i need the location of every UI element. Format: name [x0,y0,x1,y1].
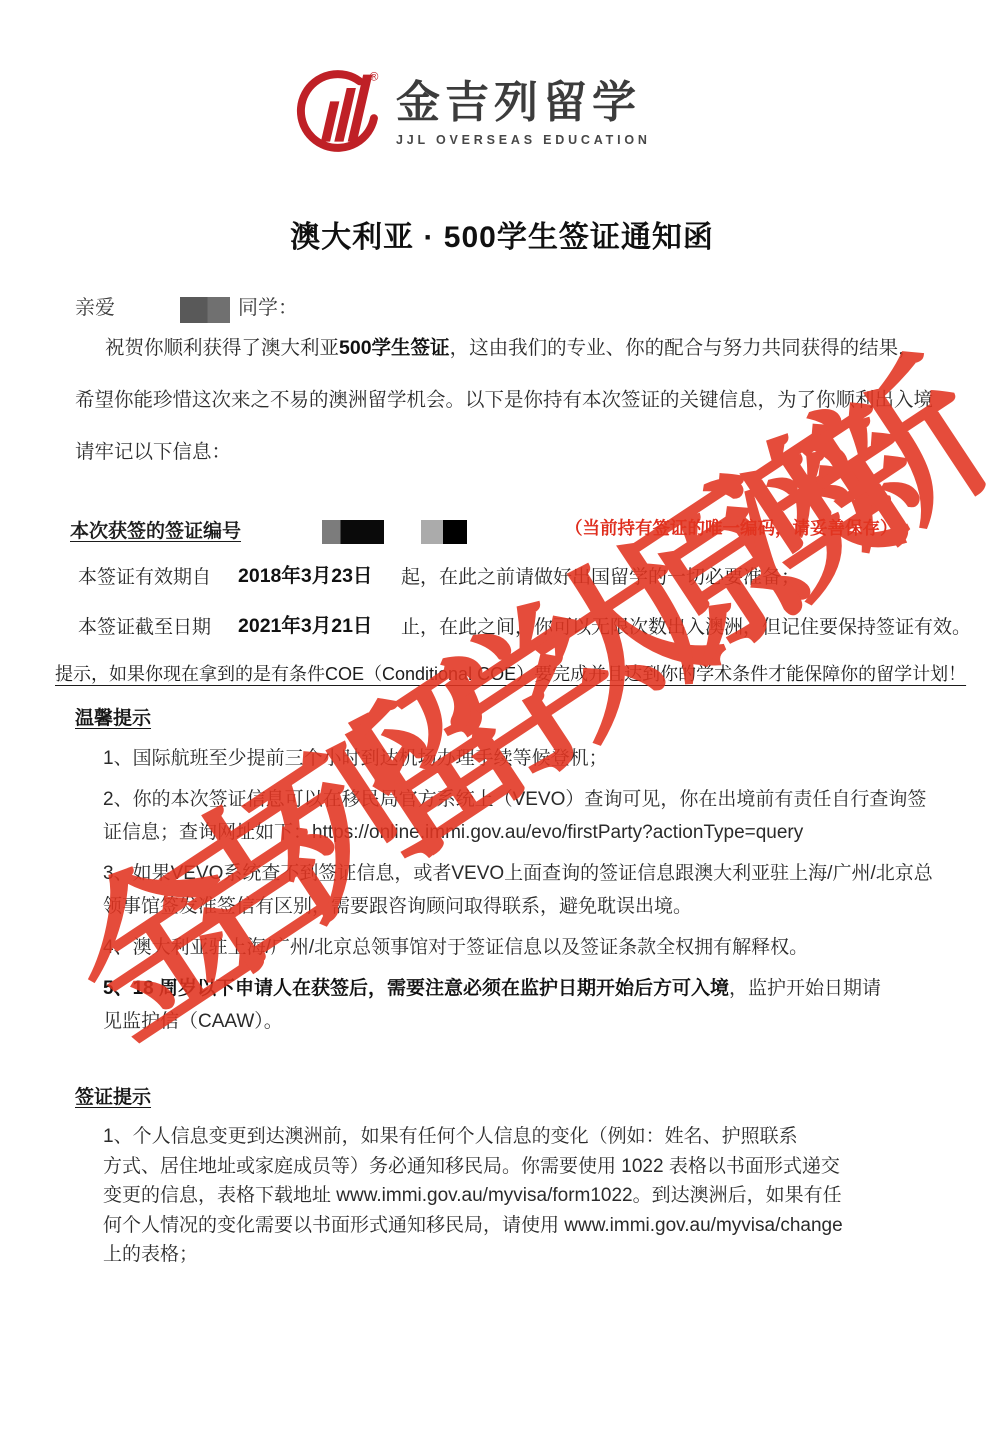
text-line: 上的表格； [103,1240,933,1270]
validity-text: 起，在此之前请做好出国留学的一切必要准备； [401,562,800,589]
text-line: 方式、居住地址或家庭成员等）务必通知移民局。你需要使用 1022 表格以书面形式… [103,1152,933,1182]
text-line: 领事馆签发准签信有区别，需要跟咨询顾问取得联系，避免耽误出境。 [103,890,933,923]
visa-notice-letter: ® 金吉列留学 JJL OVERSEAS EDUCATION 澳大利亚 · 50… [0,0,1004,1430]
visa-number-note: （当前持有签证的唯一编码，请妥善保存） [565,515,898,540]
text-line: 请牢记以下信息： [75,440,920,464]
text-line: 5、18 周岁以下申请人在获签后，需要注意必须在监护日期开始后方可入境，监护开始… [103,972,933,1005]
greeting-suffix: 同学： [238,291,298,320]
text-line: 1、个人信息变更到达澳洲前，如果有任何个人信息的变化（例如：姓名、护照联系 [103,1122,933,1152]
validity-label: 本签证有效期自 [78,562,211,589]
text-line: 见监护信（CAAW）。 [103,1005,933,1038]
text-line: 3、如果VEVO系统查不到签证信息，或者VEVO上面查询的签证信息跟澳大利亚驻上… [103,857,933,890]
expiry-label: 本签证截至日期 [78,612,211,639]
expiry-text: 止，在此之间，你可以无限次数出入澳洲，但记住要保持签证有效。 [401,612,971,639]
intro-paragraph: 祝贺你顺利获得了澳大利亚500学生签证，这由我们的专业、你的配合与努力共同获得的… [75,336,920,492]
conditional-coe-note: 提示，如果你现在拿到的是有条件COE（Conditional COE）要完成并且… [55,660,966,686]
greeting-prefix: 亲爱 [75,291,115,320]
text-line: 变更的信息，表格下载地址 www.immi.gov.au/myvisa/form… [103,1181,933,1211]
text-line: 1、国际航班至少提前三个小时到达机场办理手续等候登机； [103,742,933,775]
warm-tips-heading: 温馨提示 [75,703,151,730]
jjl-logo: ® 金吉列留学 JJL OVERSEAS EDUCATION [296,64,651,164]
text-line: 4、澳大利亚驻上海/广州/北京总领事馆对于签证信息以及签证条款全权拥有解释权。 [103,931,933,964]
expiry-date: 2021年3月21日 [238,610,372,638]
warm-tip-item-3: 3、如果VEVO系统查不到签证信息，或者VEVO上面查询的签证信息跟澳大利亚驻上… [103,857,933,923]
warm-tip-item-1: 1、国际航班至少提前三个小时到达机场办理手续等候登机； [103,742,933,775]
visa-number-redaction-2 [421,520,467,544]
brand-name-en: JJL OVERSEAS EDUCATION [396,133,651,147]
visa-tip-item-1: 1、个人信息变更到达澳洲前，如果有任何个人信息的变化（例如：姓名、护照联系方式、… [103,1122,933,1270]
letter-title: 澳大利亚 · 500学生签证通知函 [0,212,1004,256]
warm-tips-list: 1、国际航班至少提前三个小时到达机场办理手续等候登机； 2、你的本次签证信息可以… [103,742,933,1046]
text-line: 希望你能珍惜这次来之不易的澳洲留学机会。以下是你持有本次签证的关键信息，为了你顺… [75,388,920,412]
logo-text: 金吉列留学 JJL OVERSEAS EDUCATION [396,64,651,147]
warm-tip-item-4: 4、澳大利亚驻上海/广州/北京总领事馆对于签证信息以及签证条款全权拥有解释权。 [103,931,933,964]
text-line: 证信息；查询网址如下：https://online.immi.gov.au/ev… [103,816,933,849]
visa-number-label: 本次获签的签证编号 [70,516,241,543]
jjl-logo-mark-icon: ® [296,64,384,164]
validity-date: 2018年3月23日 [238,560,372,588]
visa-tips-list: 1、个人信息变更到达澳洲前，如果有任何个人信息的变化（例如：姓名、护照联系方式、… [103,1122,933,1278]
student-name-redaction [180,297,230,323]
text-line: 2、你的本次签证信息可以在移民局官方系统上（VEVO）查询可见，你在出境前有责任… [103,783,933,816]
visa-number-redaction-1 [322,520,384,544]
text-line: 何个人情况的变化需要以书面形式通知移民局，请使用 www.immi.gov.au… [103,1211,933,1241]
warm-tip-item-5: 5、18 周岁以下申请人在获签后，需要注意必须在监护日期开始后方可入境，监护开始… [103,972,933,1038]
warm-tip-item-2: 2、你的本次签证信息可以在移民局官方系统上（VEVO）查询可见，你在出境前有责任… [103,783,933,849]
brand-name-cn: 金吉列留学 [396,80,651,126]
visa-tips-heading: 签证提示 [75,1082,151,1109]
registered-mark: ® [370,70,379,83]
text-line: 祝贺你顺利获得了澳大利亚500学生签证，这由我们的专业、你的配合与努力共同获得的… [75,336,920,360]
